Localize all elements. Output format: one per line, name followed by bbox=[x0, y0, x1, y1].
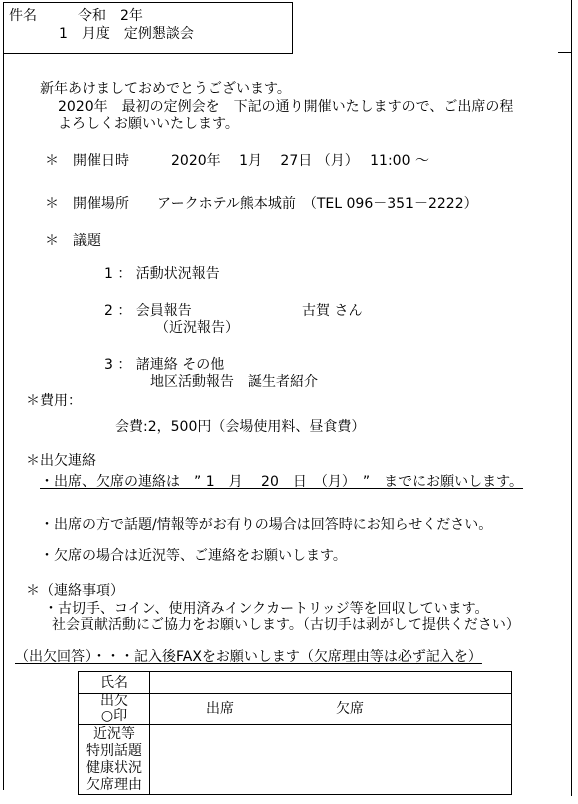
subject-year: 令和 2年 bbox=[78, 8, 143, 24]
agenda-item-2-presenter: 古賀 さん bbox=[302, 303, 362, 320]
agenda-item-2-sub: （近況報告） bbox=[155, 320, 239, 337]
meeting-datetime: ＊ 開催日時 2020年 1月 27日 （月） 11:00 ～ bbox=[45, 153, 429, 170]
attendance-label-line-2: ○印 bbox=[101, 709, 127, 724]
notice-heading: ＊（連絡事項） bbox=[26, 583, 124, 600]
details-label-line-2: 特別話題 bbox=[86, 743, 142, 760]
agenda-heading: ＊ 議題 bbox=[45, 233, 101, 250]
rsvp-deadline: ・出席、欠席の連絡は ” 1 月 20 日 （月） ” までにお願いします。 bbox=[40, 474, 523, 491]
subject-box: 件名 令和 2年 1 月度 定例懇談会 bbox=[3, 2, 293, 54]
attendance-options-cell: 出席 欠席 bbox=[150, 694, 511, 725]
attendance-label-cell: 出欠 ○印 bbox=[79, 694, 150, 725]
notice-line-2: 社会貢献活動にご協力をお願いします。（古切手は剥がして提供ください） bbox=[52, 617, 520, 634]
details-label-line-4: 欠席理由 bbox=[86, 777, 142, 794]
agenda-item-3-sub: 地区活動報告 誕生者紹介 bbox=[150, 374, 318, 391]
rsvp-note-attend: ・出席の方で話題/情報等がお有りの場合は回答時にお知らせください。 bbox=[40, 517, 492, 534]
page-top-border-tick bbox=[558, 52, 572, 53]
page-right-border bbox=[571, 0, 572, 796]
name-label-cell: 氏名 bbox=[79, 672, 150, 694]
rsvp-heading: ＊出欠連絡 bbox=[26, 453, 96, 470]
agenda-item-2: 2 ： 会員報告 bbox=[104, 303, 192, 320]
subject-title: 1 月度 定例懇談会 bbox=[59, 26, 194, 42]
greeting-line-2: 2020年 最初の定例会を 下記の通り開催いたしますので、ご出席の程 bbox=[58, 99, 513, 116]
reply-table: 氏名 出欠 ○印 出席 欠席 近況等 特別話題 健康状況 欠席理由 bbox=[78, 671, 512, 795]
details-input-cell bbox=[150, 725, 511, 794]
cost-value: 会費:2，500円（会場使用料、昼食費） bbox=[115, 419, 365, 436]
meeting-notice-document: 件名 令和 2年 1 月度 定例懇談会 新年あけましておめでとうございます。 2… bbox=[0, 0, 578, 804]
details-label-cell: 近況等 特別話題 健康状況 欠席理由 bbox=[79, 725, 150, 794]
cost-heading: ＊費用： bbox=[26, 393, 82, 410]
details-label-line-3: 健康状況 bbox=[86, 760, 142, 777]
notice-line-1: ・古切手、コイン、使用済みインクカートリッジ等を回収しています。 bbox=[44, 601, 489, 618]
meeting-venue: ＊ 開催場所 アークホテル熊本城前 （TEL 096－351－2222） bbox=[45, 196, 478, 213]
rsvp-note-absent: ・欠席の場合は近況等、ご連絡をお願いします。 bbox=[40, 548, 347, 565]
attend-option: 出席 bbox=[206, 701, 234, 717]
details-label-line-1: 近況等 bbox=[93, 726, 135, 743]
greeting-line-3: よろしくお願いいたします。 bbox=[58, 116, 239, 133]
greeting-line-1: 新年あけましておめでとうございます。 bbox=[40, 81, 291, 98]
agenda-item-3: 3 ： 諸連絡 その他 bbox=[104, 357, 224, 374]
page-left-border bbox=[3, 54, 4, 790]
reply-instruction: （出欠回答）・・・記入後FAXをお願いします（欠席理由等は必ず記入を） bbox=[15, 649, 482, 666]
attendance-label-line-1: 出欠 bbox=[100, 694, 128, 709]
absent-option: 欠席 bbox=[336, 701, 364, 717]
agenda-item-1: 1 ： 活動状況報告 bbox=[104, 266, 220, 283]
subject-label: 件名 bbox=[9, 8, 37, 24]
name-input-cell bbox=[150, 672, 511, 694]
